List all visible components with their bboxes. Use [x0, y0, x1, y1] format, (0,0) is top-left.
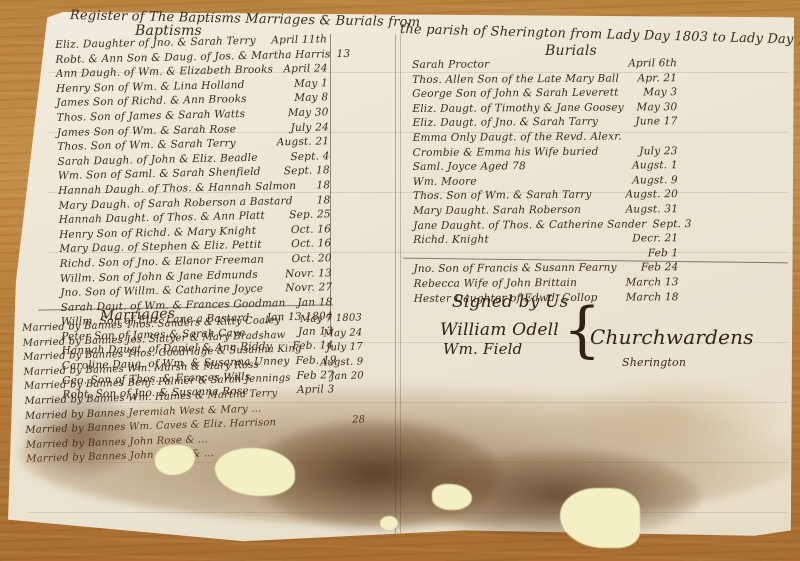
- entry-date: May 30: [288, 105, 329, 120]
- entry-date: July 17: [326, 340, 363, 356]
- list-item: Thos. Allen Son of the Late Mary BallApr…: [412, 71, 677, 87]
- list-item: Richd. KnightDecr. 21: [413, 231, 678, 247]
- entry-text: George Son of John & Sarah Leverett: [412, 86, 618, 102]
- entry-date: April 6th: [628, 56, 677, 71]
- faint-brown-stain: [560, 380, 780, 450]
- entry-date: April 11th: [271, 32, 327, 48]
- entry-text: Mary Daught. Sarah Roberson: [413, 203, 581, 219]
- entry-text: Eliz. Daugt. of Jno. & Sarah Tarry: [412, 115, 598, 131]
- entry-date: Oct. 16: [291, 222, 331, 237]
- entry-date: Sept. 18: [284, 164, 330, 180]
- entry-date: Jan 20: [330, 370, 364, 386]
- entry-date: 18: [316, 178, 330, 193]
- entry-date: Jan 18: [297, 295, 332, 310]
- paper-hole: [432, 484, 472, 510]
- entry-date: Augst. 9: [320, 355, 364, 371]
- entry-date: Feb 1: [648, 246, 679, 261]
- signed-by-text: Signed by Us: [452, 292, 569, 312]
- entry-text: Thos. Allen Son of the Late Mary Ball: [412, 71, 619, 87]
- paper-hole: [380, 516, 398, 530]
- entry-text: Wm. Moore: [413, 174, 477, 189]
- entry-text: Saml. Joyce Aged 78: [413, 159, 526, 174]
- entry-date: Sep. 25: [289, 207, 331, 222]
- churchwarden-name-2: Wm. Field: [443, 340, 522, 358]
- entry-date: 13: [336, 46, 350, 61]
- entry-text: Jno. Son of Francis & Susann Fearny: [413, 261, 616, 277]
- entry-text: Richd. Knight: [413, 233, 489, 248]
- entry-text: Sarah Proctor: [412, 57, 489, 72]
- entry-date: Augst. 31: [625, 202, 678, 217]
- entry-date: Augst. 21: [277, 134, 330, 150]
- entry-date: July 23: [639, 144, 677, 159]
- entry-date: Sept. 4: [290, 149, 329, 164]
- churchwardens-role: Churchwardens: [590, 325, 754, 349]
- entry-date: 18: [317, 193, 331, 208]
- entry-date: Augst. 1: [632, 158, 678, 173]
- parish-name: Sherington: [622, 356, 686, 369]
- entry-date: April 24: [283, 61, 328, 77]
- entry-date: July 24: [290, 120, 329, 135]
- left-edge-stain: [20, 390, 140, 480]
- entry-date: Novr. 27: [285, 280, 332, 296]
- entry-date: May 1: [294, 76, 328, 91]
- entry-date: Apr. 21: [637, 71, 677, 86]
- entry-date: May 24: [323, 326, 362, 342]
- entry-date: March 13: [626, 275, 679, 290]
- entry-text: Emma Only Daugt. of the Revd. Alexr.: [413, 130, 622, 146]
- entry-date: Decr. 21: [632, 231, 678, 246]
- entry-text: Eliz. Daugt. of Timothy & Jane Goosey: [412, 100, 624, 116]
- entry-text: Crombie & Emma his Wife buried: [413, 144, 599, 160]
- entry-date: Augst. 9: [632, 173, 678, 188]
- entry-text: Jane Daught. of Thos. & Catherine Sander: [413, 217, 646, 233]
- entry-date: May 30: [636, 100, 677, 115]
- entry-date: Sept. 3: [652, 217, 691, 232]
- entry-date: March 18: [626, 290, 679, 305]
- entry-date: Augst. 20: [625, 187, 678, 202]
- entry-date: Oct. 16: [291, 237, 331, 252]
- entry-date: June 17: [635, 115, 677, 130]
- entry-date: Feb 24: [641, 260, 679, 275]
- entry-date: May 3: [643, 85, 677, 100]
- churchwarden-name-1: William Odell: [440, 320, 559, 340]
- list-item: Eliz. Daugt. of Jno. & Sarah TarryJune 1…: [412, 115, 677, 131]
- entry-text: Thos. Son of Wm. & Sarah Tarry: [413, 188, 592, 204]
- entry-date: May 8: [294, 91, 328, 106]
- entry-date: Novr. 13: [285, 266, 332, 282]
- entry-text: Rebecca Wife of John Brittain: [414, 276, 578, 292]
- entry-date: Oct. 20: [291, 251, 331, 266]
- burials-list: Sarah ProctorApril 6th Thos. Allen Son o…: [412, 56, 679, 306]
